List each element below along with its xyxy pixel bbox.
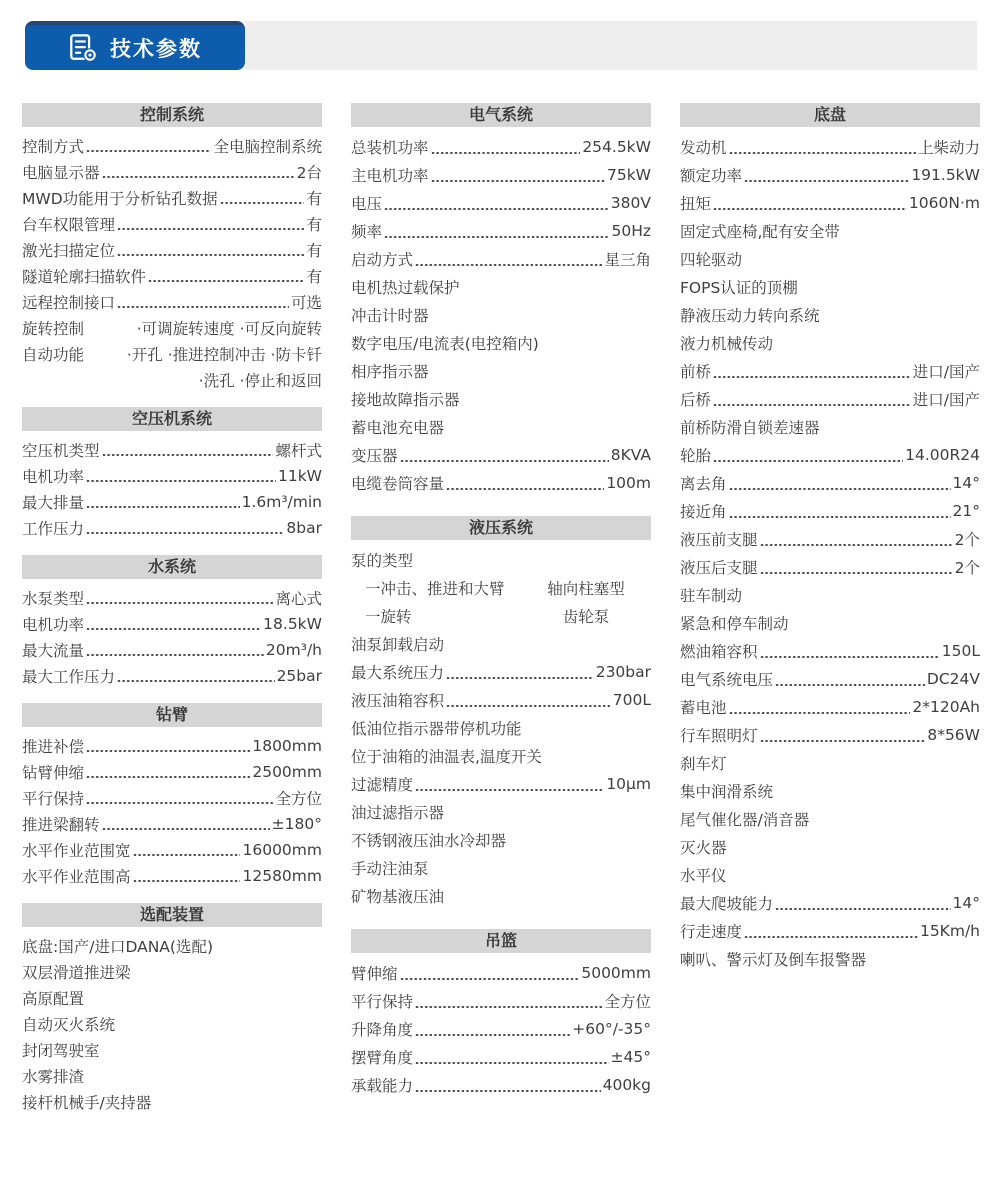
section-title: 钻臂 [22, 703, 322, 727]
spec-label: 行车照明灯 [680, 724, 758, 746]
spec-row: 臂伸缩5000mm [351, 959, 651, 987]
spec-label: 低油位指示器带停机功能 [351, 717, 522, 739]
spec-section: 电气系统总装机功率254.5kW主电机功率75kW电压380V频率50Hz启动方… [351, 103, 651, 497]
spec-label: 臂伸缩 [351, 962, 398, 984]
spec-row: 最大工作压力25bar [22, 663, 322, 689]
spec-column: 控制系统控制方式全电脑控制系统电脑显示器2台MWD功能用于分析钻孔数据有台车权限… [22, 103, 322, 1129]
dotted-leader [133, 880, 241, 882]
spec-section: 吊篮臂伸缩5000mm平行保持全方位升降角度+60°/-35°摆臂角度±45°承… [351, 929, 651, 1099]
dotted-leader [729, 152, 916, 154]
spec-label: 油过滤指示器 [351, 801, 444, 823]
spec-label: 一冲击、推进和大臂 [351, 577, 505, 599]
spec-label: 四轮驱动 [680, 248, 742, 270]
spec-label: 相序指示器 [351, 360, 429, 382]
spec-label: 泵的类型 [351, 549, 413, 571]
spec-row: 水平作业范围宽16000mm [22, 837, 322, 863]
spec-value: 14° [953, 894, 980, 912]
spec-row: 水泵类型离心式 [22, 585, 322, 611]
spec-label: 紧急和停车制动 [680, 612, 789, 634]
spec-label: 总装机功率 [351, 136, 429, 158]
dotted-leader [760, 740, 926, 742]
spec-label: 前桥 [680, 360, 711, 382]
dotted-leader [133, 854, 241, 856]
spec-label: 台车权限管理 [22, 213, 115, 235]
spec-section: 底盘发动机上柴动力额定功率191.5kW扭矩1060N·m固定式座椅,配有安全带… [680, 103, 980, 973]
section-title: 液压系统 [351, 516, 651, 540]
spec-row: 静液压动力转向系统 [680, 301, 980, 329]
spec-value: 上柴动力 [918, 136, 980, 158]
spec-label: 自动灭火系统 [22, 1013, 115, 1035]
spec-row: 水平仪 [680, 861, 980, 889]
spec-row: 接近角21° [680, 497, 980, 525]
spec-label: 位于油箱的油温表,温度开关 [351, 745, 542, 767]
spec-label: 主电机功率 [351, 164, 429, 186]
dotted-leader [431, 180, 605, 182]
spec-value: 254.5kW [582, 138, 651, 156]
spec-value: 星三角 [604, 248, 651, 270]
spec-value: 有 [306, 187, 322, 209]
spec-label: 水平作业范围宽 [22, 839, 131, 861]
dotted-leader [148, 280, 304, 282]
spec-row: 总装机功率254.5kW [351, 133, 651, 161]
dotted-leader [117, 306, 289, 308]
spec-row: 液压油箱容积700L [351, 686, 651, 714]
spec-row: 数字电压/电流表(电控箱内) [351, 329, 651, 357]
spec-label: 承载能力 [351, 1074, 413, 1096]
spec-row: 相序指示器 [351, 357, 651, 385]
section-title: 选配装置 [22, 903, 322, 927]
spec-row: 电机热过载保护 [351, 273, 651, 301]
spec-row: 变压器8KVA [351, 441, 651, 469]
section-title: 空压机系统 [22, 407, 322, 431]
spec-label: 液压油箱容积 [351, 689, 444, 711]
spec-row: 一旋转齿轮泵 [351, 602, 651, 630]
spec-sheet-icon [68, 33, 98, 63]
spec-value: 16000mm [242, 841, 322, 859]
spec-value: 14° [953, 474, 980, 492]
spec-row: 水平作业范围高12580mm [22, 863, 322, 889]
dotted-leader [446, 705, 611, 707]
spec-value: DC24V [927, 670, 980, 688]
dotted-leader [384, 208, 609, 210]
spec-label: 底盘:国产/进口DANA(选配) [22, 935, 213, 957]
spec-row: 位于油箱的油温表,温度开关 [351, 742, 651, 770]
spec-row: 自动灭火系统 [22, 1011, 322, 1037]
spec-row: 前桥防滑自锁差速器 [680, 413, 980, 441]
spec-value: ±45° [611, 1048, 651, 1066]
spec-label: 固定式座椅,配有安全带 [680, 220, 840, 242]
title-badge: 技术参数 [25, 21, 245, 70]
spec-row: 激光扫描定位有 [22, 237, 322, 263]
spec-row: 燃油箱容积150L [680, 637, 980, 665]
spec-label: 蓄电池充电器 [351, 416, 444, 438]
spec-value: 可选 [291, 291, 322, 313]
spec-row: 四轮驱动 [680, 245, 980, 273]
spec-label: 液力机械传动 [680, 332, 773, 354]
dotted-leader [713, 376, 911, 378]
spec-label: 离去角 [680, 472, 727, 494]
spec-section: 控制系统控制方式全电脑控制系统电脑显示器2台MWD功能用于分析钻孔数据有台车权限… [22, 103, 322, 393]
spec-value: 1800mm [252, 737, 322, 755]
spec-label: 电压 [351, 192, 382, 214]
spec-section: 钻臂推进补偿1800mm钻臂伸缩2500mm平行保持全方位推进梁翻转±180°水… [22, 703, 322, 889]
spec-row: 液力机械传动 [680, 329, 980, 357]
spec-value: 1.6m³/min [242, 493, 322, 511]
spec-row: 空压机类型螺杆式 [22, 437, 322, 463]
dotted-leader [117, 228, 304, 230]
spec-label: 旋转控制 [22, 317, 84, 339]
spec-columns: 控制系统控制方式全电脑控制系统电脑显示器2台MWD功能用于分析钻孔数据有台车权限… [0, 70, 1000, 1129]
spec-label: 平行保持 [22, 787, 84, 809]
dotted-leader [86, 480, 276, 482]
spec-value: 有 [306, 213, 322, 235]
spec-column: 底盘发动机上柴动力额定功率191.5kW扭矩1060N·m固定式座椅,配有安全带… [680, 103, 980, 1129]
spec-row: 工作压力8bar [22, 515, 322, 541]
spec-label: 过滤精度 [351, 773, 413, 795]
spec-label: 水平仪 [680, 864, 727, 886]
spec-row: 额定功率191.5kW [680, 161, 980, 189]
spec-row: 最大排量1.6m³/min [22, 489, 322, 515]
spec-label: 电缆卷筒容量 [351, 472, 444, 494]
spec-value: ·可调旋转速度 ·可反向旋转 [137, 317, 322, 339]
spec-row: 一冲击、推进和大臂轴向柱塞型 [351, 574, 651, 602]
section-title: 控制系统 [22, 103, 322, 127]
spec-label: 发动机 [680, 136, 727, 158]
spec-row: 轮胎14.00R24 [680, 441, 980, 469]
spec-label: 变压器 [351, 444, 398, 466]
spec-value: 100m [606, 474, 651, 492]
spec-value: 230bar [596, 663, 651, 681]
spec-label: 平行保持 [351, 990, 413, 1012]
spec-label: 前桥防滑自锁差速器 [680, 416, 820, 438]
spec-row: 刹车灯 [680, 749, 980, 777]
spec-row: 行车照明灯8*56W [680, 721, 980, 749]
spec-row: 隧道轮廓扫描软件有 [22, 263, 322, 289]
spec-label: 电脑显示器 [22, 161, 100, 183]
spec-value: 全电脑控制系统 [213, 135, 322, 157]
spec-label: 水泵类型 [22, 587, 84, 609]
spec-value: 50Hz [611, 222, 651, 240]
spec-row: 升降角度+60°/-35° [351, 1015, 651, 1043]
spec-row: 油泵卸载启动 [351, 630, 651, 658]
spec-row: 液压前支腿2个 [680, 525, 980, 553]
spec-label: 双层滑道推进梁 [22, 961, 131, 983]
spec-label: 空压机类型 [22, 439, 100, 461]
spec-label: 轮胎 [680, 444, 711, 466]
spec-label: 水平作业范围高 [22, 865, 131, 887]
spec-row: 矿物基液压油 [351, 882, 651, 910]
spec-section: 水系统水泵类型离心式电机功率18.5kW最大流量20m³/h最大工作压力25ba… [22, 555, 322, 689]
spec-row: 油过滤指示器 [351, 798, 651, 826]
spec-row: 旋转控制·可调旋转速度 ·可反向旋转 [22, 315, 322, 341]
spec-value: 轴向柱塞型 [521, 577, 651, 599]
page-title: 技术参数 [110, 33, 202, 63]
spec-label: 液压前支腿 [680, 528, 758, 550]
spec-label: 尾气催化器/消音器 [680, 808, 809, 830]
dotted-leader [713, 460, 903, 462]
spec-value: 2个 [955, 528, 980, 550]
spec-label: 冲击计时器 [351, 304, 429, 326]
spec-value: 8bar [286, 519, 322, 537]
dotted-leader [415, 1062, 609, 1064]
spec-label: 集中润滑系统 [680, 780, 773, 802]
spec-row: 蓄电池充电器 [351, 413, 651, 441]
spec-value: 1060N·m [909, 194, 980, 212]
dotted-leader [86, 506, 240, 508]
dotted-leader [102, 454, 274, 456]
section-title: 吊篮 [351, 929, 651, 953]
spec-row: 灭火器 [680, 833, 980, 861]
spec-row: 频率50Hz [351, 217, 651, 245]
spec-row: 电气系统电压DC24V [680, 665, 980, 693]
spec-row: 电压380V [351, 189, 651, 217]
spec-row: 喇叭、警示灯及倒车报警器 [680, 945, 980, 973]
dotted-leader [415, 1090, 601, 1092]
spec-label: MWD功能用于分析钻孔数据 [22, 187, 218, 209]
spec-row: 最大爬坡能力14° [680, 889, 980, 917]
spec-row: 扭矩1060N·m [680, 189, 980, 217]
dotted-leader [415, 264, 602, 266]
spec-row: 泵的类型 [351, 546, 651, 574]
spec-label: 升降角度 [351, 1018, 413, 1040]
spec-label: 工作压力 [22, 517, 84, 539]
spec-row: 电机功率18.5kW [22, 611, 322, 637]
spec-label: 手动注油泵 [351, 857, 429, 879]
spec-value: +60°/-35° [572, 1020, 651, 1038]
dotted-leader [713, 404, 911, 406]
spec-value: 191.5kW [911, 166, 980, 184]
dotted-leader [446, 488, 604, 490]
spec-value: 14.00R24 [905, 446, 980, 464]
spec-row: 双层滑道推进梁 [22, 959, 322, 985]
dotted-leader [415, 789, 604, 791]
spec-row: 高原配置 [22, 985, 322, 1011]
spec-value: 2台 [297, 161, 322, 183]
spec-value: 离心式 [275, 587, 322, 609]
spec-row: 远程控制接口可选 [22, 289, 322, 315]
spec-label: 矿物基液压油 [351, 885, 444, 907]
dotted-leader [713, 208, 907, 210]
spec-row: 电缆卷筒容量100m [351, 469, 651, 497]
spec-row: 发动机上柴动力 [680, 133, 980, 161]
spec-label: 自动功能 [22, 343, 84, 365]
spec-value: 15Km/h [920, 922, 980, 940]
spec-section: 液压系统泵的类型一冲击、推进和大臂轴向柱塞型一旋转齿轮泵油泵卸载启动最大系统压力… [351, 516, 651, 910]
spec-label: 后桥 [680, 388, 711, 410]
spec-value: 5000mm [581, 964, 651, 982]
spec-label: 高原配置 [22, 987, 84, 1009]
spec-row: 集中润滑系统 [680, 777, 980, 805]
spec-label: 最大系统压力 [351, 661, 444, 683]
dotted-leader [431, 152, 581, 154]
header-strip [245, 21, 977, 70]
spec-value: 进口/国产 [913, 360, 980, 382]
spec-value: 380V [611, 194, 651, 212]
spec-label: 推进梁翻转 [22, 813, 100, 835]
dotted-leader [117, 254, 304, 256]
spec-row: 不锈钢液压油水冷却器 [351, 826, 651, 854]
spec-row: 台车权限管理有 [22, 211, 322, 237]
spec-label: 摆臂角度 [351, 1046, 413, 1068]
spec-value: 有 [306, 265, 322, 287]
dotted-leader [744, 936, 918, 938]
spec-row: 启动方式星三角 [351, 245, 651, 273]
dotted-leader [400, 460, 609, 462]
spec-row: 主电机功率75kW [351, 161, 651, 189]
spec-row: 接杆机械手/夹持器 [22, 1089, 322, 1115]
spec-value: 18.5kW [263, 615, 322, 633]
spec-label: 油泵卸载启动 [351, 633, 444, 655]
section-title: 底盘 [680, 103, 980, 127]
dotted-leader [744, 180, 909, 182]
dotted-leader [86, 532, 284, 534]
dotted-leader [102, 176, 295, 178]
dotted-leader [86, 654, 264, 656]
spec-value: 全方位 [275, 787, 322, 809]
spec-value: 进口/国产 [913, 388, 980, 410]
dotted-leader [86, 776, 250, 778]
spec-row: 过滤精度10μm [351, 770, 651, 798]
dotted-leader [102, 828, 270, 830]
dotted-leader [415, 1006, 602, 1008]
spec-row: 最大流量20m³/h [22, 637, 322, 663]
page-header: 技术参数 [25, 21, 977, 70]
spec-value: 2*120Ah [912, 698, 980, 716]
spec-value: 75kW [607, 166, 651, 184]
spec-row: 液压后支腿2个 [680, 553, 980, 581]
spec-label: 远程控制接口 [22, 291, 115, 313]
spec-label: 接近角 [680, 500, 727, 522]
spec-row: 水雾排渣 [22, 1063, 322, 1089]
spec-value: 8*56W [927, 726, 980, 744]
dotted-leader [729, 516, 951, 518]
spec-row: 封闭驾驶室 [22, 1037, 322, 1063]
spec-label: 接杆机械手/夹持器 [22, 1091, 151, 1113]
dotted-leader [729, 712, 911, 714]
spec-value: 21° [953, 502, 980, 520]
spec-label: 静液压动力转向系统 [680, 304, 820, 326]
spec-row: 固定式座椅,配有安全带 [680, 217, 980, 245]
spec-value: ·洗孔 ·停止和返回 [199, 369, 322, 391]
spec-row: 电脑显示器2台 [22, 159, 322, 185]
spec-row: 推进补偿1800mm [22, 733, 322, 759]
spec-section: 选配装置底盘:国产/进口DANA(选配)双层滑道推进梁高原配置自动灭火系统封闭驾… [22, 903, 322, 1115]
spec-row: 低油位指示器带停机功能 [351, 714, 651, 742]
spec-label: 扭矩 [680, 192, 711, 214]
spec-label: 激光扫描定位 [22, 239, 115, 261]
spec-value: 螺杆式 [275, 439, 322, 461]
spec-label: 最大爬坡能力 [680, 892, 773, 914]
spec-label: 驻车制动 [680, 584, 742, 606]
spec-label: 钻臂伸缩 [22, 761, 84, 783]
spec-value: 2个 [955, 556, 980, 578]
spec-row: 最大系统压力230bar [351, 658, 651, 686]
dotted-leader [775, 908, 951, 910]
spec-label: 喇叭、警示灯及倒车报警器 [680, 948, 866, 970]
spec-value: 全方位 [604, 990, 651, 1012]
dotted-leader [86, 750, 250, 752]
spec-label: 额定功率 [680, 164, 742, 186]
spec-label: 推进补偿 [22, 735, 84, 757]
spec-label: 最大流量 [22, 639, 84, 661]
spec-value: 400kg [603, 1076, 651, 1094]
spec-value: 11kW [278, 467, 322, 485]
spec-label: 数字电压/电流表(电控箱内) [351, 332, 539, 354]
dotted-leader [384, 236, 609, 238]
spec-row: 承载能力400kg [351, 1071, 651, 1099]
spec-value: ·开孔 ·推进控制冲击 ·防卡钎 [127, 343, 322, 365]
dotted-leader [220, 202, 305, 204]
spec-row: 尾气催化器/消音器 [680, 805, 980, 833]
spec-row: 平行保持全方位 [351, 987, 651, 1015]
spec-row: 紧急和停车制动 [680, 609, 980, 637]
dotted-leader [760, 572, 953, 574]
spec-label: 液压后支腿 [680, 556, 758, 578]
dotted-leader [86, 628, 261, 630]
spec-value: 有 [306, 239, 322, 261]
spec-label: 行走速度 [680, 920, 742, 942]
spec-row: 控制方式全电脑控制系统 [22, 133, 322, 159]
spec-label: 电气系统电压 [680, 668, 773, 690]
section-title: 水系统 [22, 555, 322, 579]
dotted-leader [400, 978, 580, 980]
dotted-leader [86, 602, 273, 604]
spec-label: FOPS认证的顶棚 [680, 276, 798, 298]
spec-label: 隧道轮廓扫描软件 [22, 265, 146, 287]
spec-label: 一旋转 [351, 605, 412, 627]
spec-row: 摆臂角度±45° [351, 1043, 651, 1071]
spec-row: MWD功能用于分析钻孔数据有 [22, 185, 322, 211]
spec-value: 150L [942, 642, 980, 660]
dotted-leader [775, 684, 925, 686]
spec-row: 推进梁翻转±180° [22, 811, 322, 837]
spec-value: 20m³/h [266, 641, 322, 659]
spec-label: 控制方式 [22, 135, 84, 157]
spec-row: 行走速度15Km/h [680, 917, 980, 945]
spec-row: 自动功能·开孔 ·推进控制冲击 ·防卡钎 [22, 341, 322, 367]
spec-label: 电机功率 [22, 613, 84, 635]
spec-row: 底盘:国产/进口DANA(选配) [22, 933, 322, 959]
spec-section: 空压机系统空压机类型螺杆式电机功率11kW最大排量1.6m³/min工作压力8b… [22, 407, 322, 541]
spec-label: 不锈钢液压油水冷却器 [351, 829, 506, 851]
spec-row: 驻车制动 [680, 581, 980, 609]
spec-row: 钻臂伸缩2500mm [22, 759, 322, 785]
dotted-leader [86, 802, 273, 804]
spec-label: 电机热过载保护 [351, 276, 460, 298]
spec-value: 10μm [606, 775, 651, 793]
spec-row: 手动注油泵 [351, 854, 651, 882]
dotted-leader [86, 150, 211, 152]
dotted-leader [760, 656, 940, 658]
spec-row: 平行保持全方位 [22, 785, 322, 811]
spec-row: FOPS认证的顶棚 [680, 273, 980, 301]
spec-column: 电气系统总装机功率254.5kW主电机功率75kW电压380V频率50Hz启动方… [351, 103, 651, 1129]
dotted-leader [446, 677, 594, 679]
spec-row: 蓄电池2*120Ah [680, 693, 980, 721]
dotted-leader [415, 1034, 570, 1036]
dotted-leader [760, 544, 953, 546]
section-title: 电气系统 [351, 103, 651, 127]
spec-row: 离去角14° [680, 469, 980, 497]
spec-value: 2500mm [252, 763, 322, 781]
spec-label: 蓄电池 [680, 696, 727, 718]
spec-label: 水雾排渣 [22, 1065, 84, 1087]
spec-label: 电机功率 [22, 465, 84, 487]
spec-label: 刹车灯 [680, 752, 727, 774]
spec-row: 冲击计时器 [351, 301, 651, 329]
spec-label: 最大工作压力 [22, 665, 115, 687]
spec-value: 700L [613, 691, 651, 709]
